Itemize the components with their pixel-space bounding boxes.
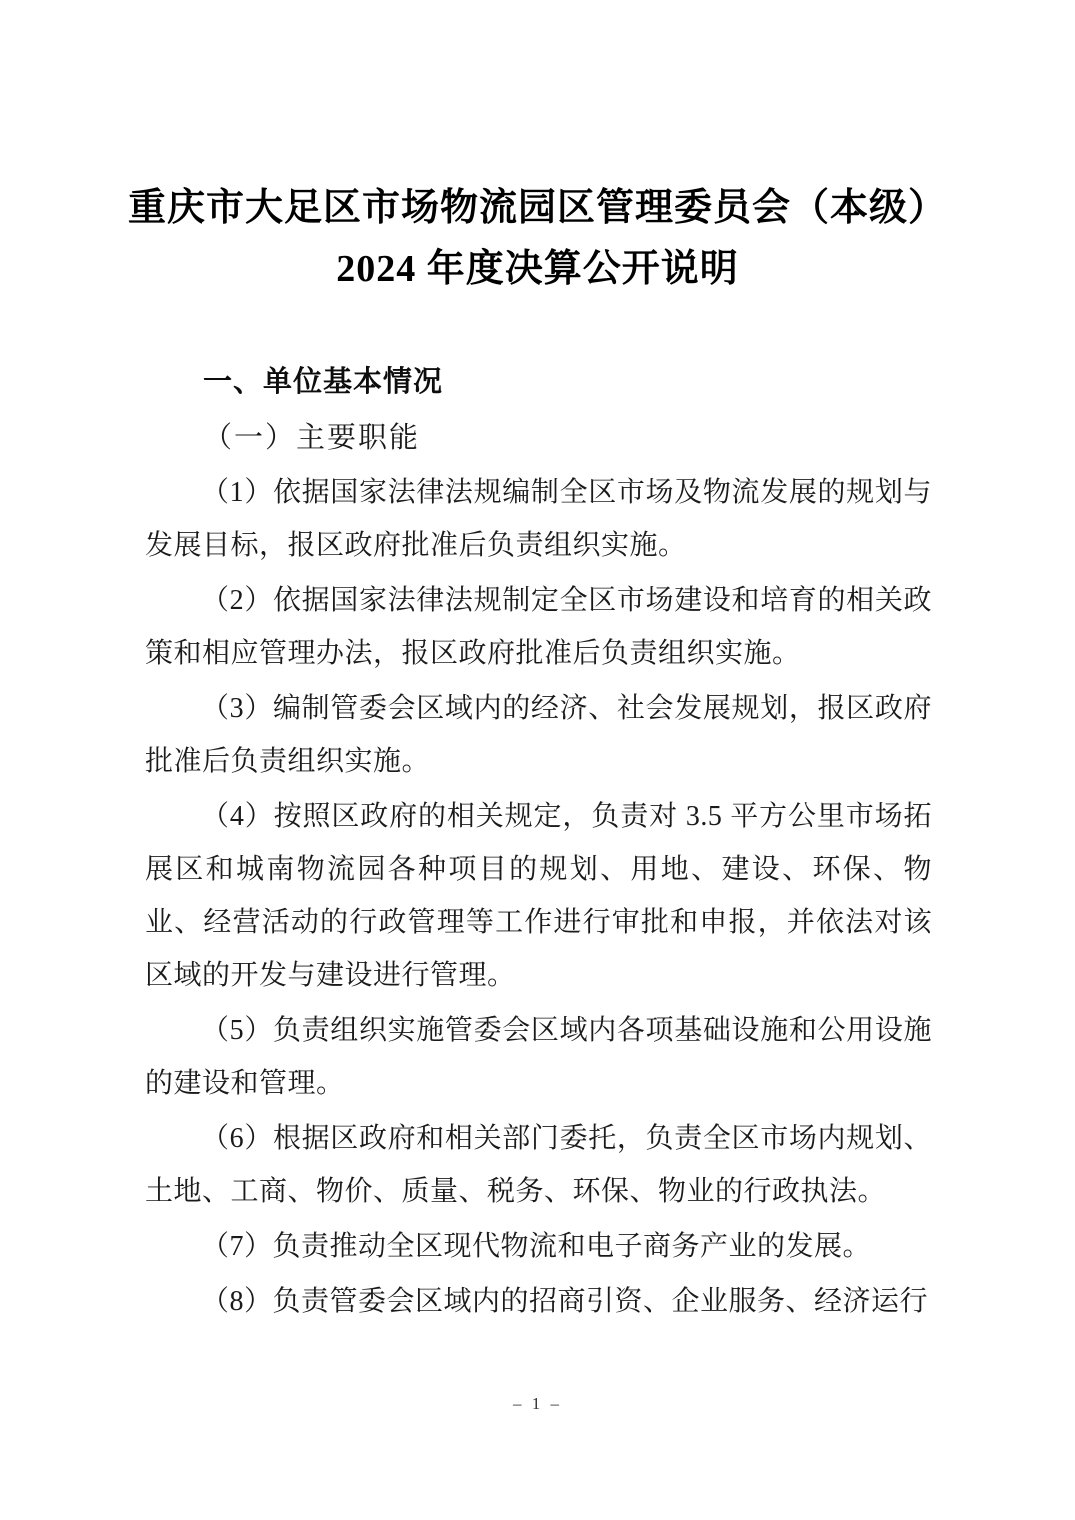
paragraph-5: （5）负责组织实施管委会区域内各项基础设施和公用设施的建设和管理。 — [145, 1004, 932, 1110]
paragraph-2: （2）依据国家法律法规制定全区市场建设和培育的相关政策和相应管理办法，报区政府批… — [145, 574, 932, 680]
paragraph-4: （4）按照区政府的相关规定，负责对 3.5 平方公里市场拓展区和城南物流园各种项… — [145, 790, 932, 1002]
paragraph-1: （1）依据国家法律法规编制全区市场及物流发展的规划与发展目标，报区政府批准后负责… — [145, 466, 932, 572]
paragraph-3: （3）编制管委会区域内的经济、社会发展规划，报区政府批准后负责组织实施。 — [145, 682, 932, 788]
document-page: 重庆市大足区市场物流园区管理委员会（本级） 2024 年度决算公开说明 一、单位… — [0, 0, 1075, 1520]
subsection-heading: （一）主要职能 — [145, 411, 932, 464]
page-number: – 1 – — [513, 1394, 562, 1413]
document-body: 一、单位基本情况 （一）主要职能 （1）依据国家法律法规编制全区市场及物流发展的… — [0, 356, 1075, 1328]
section-heading: 一、单位基本情况 — [145, 356, 932, 409]
paragraph-8: （8）负责管委会区域内的招商引资、企业服务、经济运行 — [145, 1275, 932, 1328]
document-title-line1: 重庆市大足区市场物流园区管理委员会（本级） — [0, 178, 1075, 239]
page-footer: – 1 – — [0, 1394, 1075, 1414]
paragraph-6: （6）根据区政府和相关部门委托，负责全区市场内规划、土地、工商、物价、质量、税务… — [145, 1112, 932, 1218]
paragraph-7: （7）负责推动全区现代物流和电子商务产业的发展。 — [145, 1220, 932, 1273]
document-title: 重庆市大足区市场物流园区管理委员会（本级） 2024 年度决算公开说明 — [0, 0, 1075, 300]
document-title-line2: 2024 年度决算公开说明 — [0, 239, 1075, 300]
